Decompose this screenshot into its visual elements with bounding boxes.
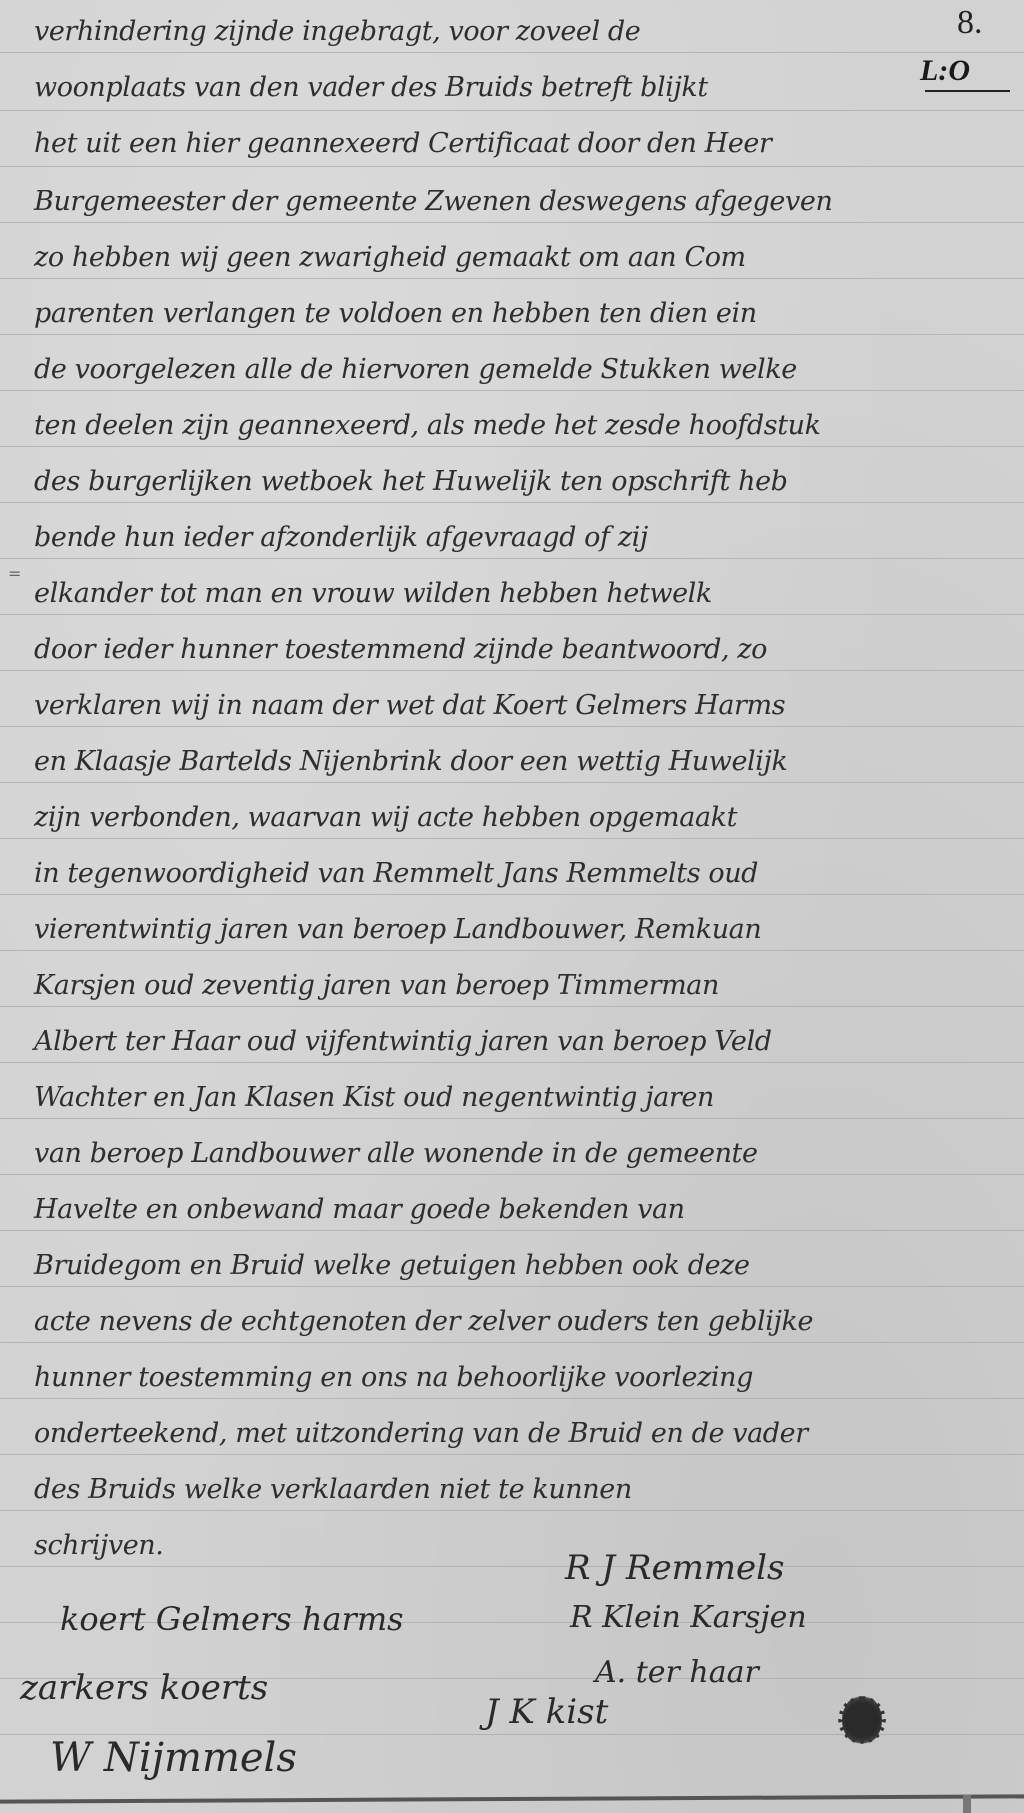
text-line: Wachter en Jan Klasen Kist oud negentwin…: [34, 1082, 714, 1113]
ruled-line: [0, 1286, 1024, 1287]
ruled-line: [0, 52, 1024, 53]
ruled-line: [0, 110, 1024, 111]
text-line: hunner toestemming en ons na behoorlijke…: [34, 1362, 753, 1393]
margin-annotation-underline: [925, 90, 1010, 92]
ruled-line: [0, 1398, 1024, 1399]
page-number: 8.: [957, 4, 983, 42]
signature-parent: zarkers koerts: [20, 1668, 268, 1708]
text-line: zijn verbonden, waarvan wij acte hebben …: [34, 802, 737, 833]
text-line: zo hebben wij geen zwarigheid gemaakt om…: [34, 242, 746, 273]
ruled-line: [0, 278, 1024, 279]
text-line: verhindering zijnde ingebragt, voor zove…: [34, 16, 640, 47]
ruled-line: [0, 726, 1024, 727]
ruled-line: [0, 782, 1024, 783]
ruled-line: [0, 614, 1024, 615]
ruled-line: [0, 1006, 1024, 1007]
text-line: door ieder hunner toestemmend zijnde bea…: [34, 634, 767, 665]
signature-official: W Nijmmels: [50, 1735, 297, 1781]
signature-witness-1: R J Remmels: [565, 1548, 785, 1588]
text-line: elkander tot man en vrouw wilden hebben …: [34, 578, 712, 609]
page-bottom-border: [0, 1794, 1024, 1803]
text-line: en Klaasje Bartelds Nijenbrink door een …: [34, 746, 787, 777]
text-line: ten deelen zijn geannexeerd, als mede he…: [34, 410, 821, 441]
text-line: van beroep Landbouwer alle wonende in de…: [34, 1138, 758, 1169]
signature-witness-2: R Klein Karsjen: [570, 1600, 807, 1635]
ruled-line: [0, 1174, 1024, 1175]
text-line: des burgerlijken wetboek het Huwelijk te…: [34, 466, 788, 497]
ruled-line: [0, 446, 1024, 447]
ruled-line: [0, 1566, 1024, 1567]
ruled-line: [0, 390, 1024, 391]
text-line: schrijven.: [34, 1530, 163, 1561]
ruled-line: [0, 950, 1024, 951]
document-page: 8. L:O = verhindering zijnde ingebragt, …: [0, 0, 1024, 1813]
text-line: des Bruids welke verklaarden niet te kun…: [34, 1474, 632, 1505]
ruled-line: [0, 1118, 1024, 1119]
text-line: verklaren wij in naam der wet dat Koert …: [34, 690, 785, 721]
ruled-line: [0, 894, 1024, 895]
ruled-line: [0, 1342, 1024, 1343]
margin-annotation: L:O: [920, 54, 970, 88]
signature-groom: koert Gelmers harms: [60, 1600, 404, 1638]
text-line: vierentwintig jaren van beroep Landbouwe…: [34, 914, 761, 945]
ruled-line: [0, 502, 1024, 503]
ruled-line: [0, 1510, 1024, 1511]
text-line: acte nevens de echtgenoten der zelver ou…: [34, 1306, 813, 1337]
text-line: woonplaats van den vader des Bruids betr…: [34, 72, 708, 103]
text-line: Karsjen oud zeventig jaren van beroep Ti…: [34, 970, 719, 1001]
ruled-line: [0, 334, 1024, 335]
text-line: Havelte en onbewand maar goede bekenden …: [34, 1194, 685, 1225]
margin-mark: =: [8, 564, 21, 583]
ruled-line: [0, 1230, 1024, 1231]
text-line: onderteekend, met uitzondering van de Br…: [34, 1418, 808, 1449]
ruled-line: [0, 1454, 1024, 1455]
signature-witness-3: A. ter haar: [595, 1655, 759, 1690]
text-line: parenten verlangen te voldoen en hebben …: [34, 298, 757, 329]
page-bottom-mark: [963, 1795, 971, 1813]
ruled-line: [0, 838, 1024, 839]
text-line: in tegenwoordigheid van Remmelt Jans Rem…: [34, 858, 758, 889]
ruled-line: [0, 670, 1024, 671]
text-line: Bruidegom en Bruid welke getuigen hebben…: [34, 1250, 750, 1281]
text-line: bende hun ieder afzonderlijk afgevraagd …: [34, 522, 648, 553]
ruled-line: [0, 558, 1024, 559]
text-line: het uit een hier geannexeerd Certificaat…: [34, 128, 772, 159]
ruled-line: [0, 1062, 1024, 1063]
ink-blot: [842, 1695, 882, 1745]
text-line: de voorgelezen alle de hiervoren gemelde…: [34, 354, 797, 385]
ruled-line: [0, 166, 1024, 167]
ruled-line: [0, 222, 1024, 223]
text-line: Burgemeester der gemeente Zwenen deswege…: [34, 186, 832, 217]
signature-witness-4: J K kist: [485, 1692, 608, 1732]
text-line: Albert ter Haar oud vijfentwintig jaren …: [34, 1026, 772, 1057]
